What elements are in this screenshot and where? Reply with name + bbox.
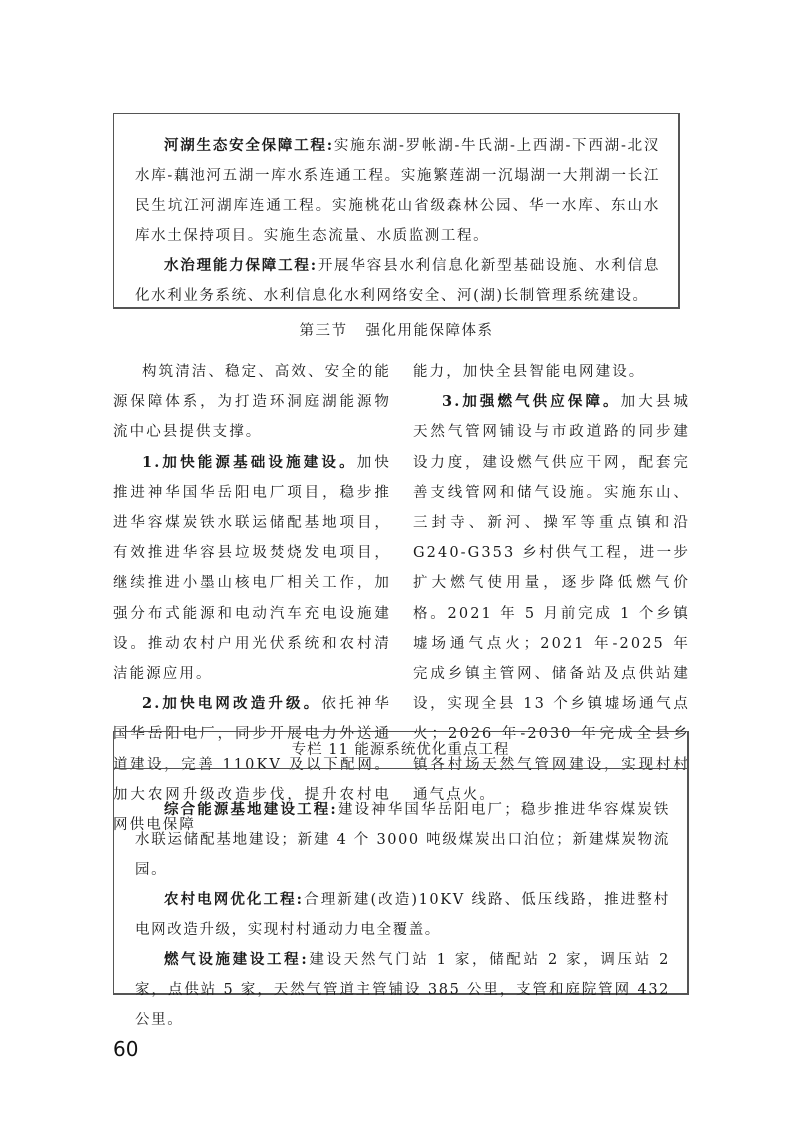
project-lead: 农村电网优化工程: — [164, 891, 304, 908]
project-lead: 水治理能力保障工程: — [164, 257, 318, 274]
paragraph-lead: 2.加快电网改造升级。 — [142, 695, 321, 712]
project-paragraph: 综合能源基地建设工程:建设神华国华岳阳电厂；稳步推进华容煤炭铁水联运储配基地建设… — [135, 795, 670, 885]
body-paragraph: 能力，加快全县智能电网建设。 — [413, 357, 690, 387]
page-number: 60 — [113, 1037, 138, 1061]
box-content: 河湖生态安全保障工程:实施东湖-罗帐湖-牛氏湖-上西湖-下西湖-北汊水库-藕池河… — [135, 131, 660, 311]
box-title: 专栏 11 能源系统优化重点工程 — [114, 732, 687, 769]
projects-box-water: 河湖生态安全保障工程:实施东湖-罗帐湖-牛氏湖-上西湖-下西湖-北汊水库-藕池河… — [113, 113, 680, 309]
section-number: 第三节 — [300, 323, 348, 339]
box-content: 综合能源基地建设工程:建设神华国华岳阳电厂；稳步推进华容煤炭铁水联运储配基地建设… — [135, 795, 670, 1035]
body-paragraph: 1.加快能源基础设施建设。加快推进神华国华岳阳电厂项目，稳步推进华容煤炭铁水联运… — [113, 448, 391, 690]
section-title-text: 强化用能保障体系 — [366, 323, 494, 339]
project-paragraph: 农村电网优化工程:合理新建(改造)10KV 线路、低压线路，推进整村电网改造升级… — [135, 885, 670, 945]
project-paragraph: 燃气设施建设工程:建设天然气门站 1 家，储配站 2 家，调压站 2 家，点供站… — [135, 945, 670, 1035]
projects-box-energy: 专栏 11 能源系统优化重点工程 综合能源基地建设工程:建设神华国华岳阳电厂；稳… — [113, 731, 689, 995]
project-paragraph: 河湖生态安全保障工程:实施东湖-罗帐湖-牛氏湖-上西湖-下西湖-北汊水库-藕池河… — [135, 131, 660, 251]
section-heading: 第三节强化用能保障体系 — [0, 320, 793, 342]
paragraph-text: 构筑清洁、稳定、高效、安全的能源保障体系，为打造环洞庭湖能源物流中心县提供支撑。 — [113, 364, 391, 440]
paragraph-text: 加快推进神华国华岳阳电厂项目，稳步推进华容煤炭铁水联运储配基地项目，有效推进华容… — [113, 455, 391, 682]
body-paragraph: 构筑清洁、稳定、高效、安全的能源保障体系，为打造环洞庭湖能源物流中心县提供支撑。 — [113, 357, 391, 448]
project-lead: 河湖生态安全保障工程: — [164, 137, 334, 154]
project-paragraph: 水治理能力保障工程:开展华容县水利信息化新型基础设施、水利信息化水利业务系统、水… — [135, 251, 660, 311]
paragraph-lead: 1.加快能源基础设施建设。 — [142, 454, 357, 471]
paragraph-lead: 3.加强燃气供应保障。 — [442, 393, 621, 410]
paragraph-text: 能力，加快全县智能电网建设。 — [413, 364, 645, 380]
project-lead: 综合能源基地建设工程: — [164, 801, 337, 818]
project-lead: 燃气设施建设工程: — [164, 951, 308, 968]
